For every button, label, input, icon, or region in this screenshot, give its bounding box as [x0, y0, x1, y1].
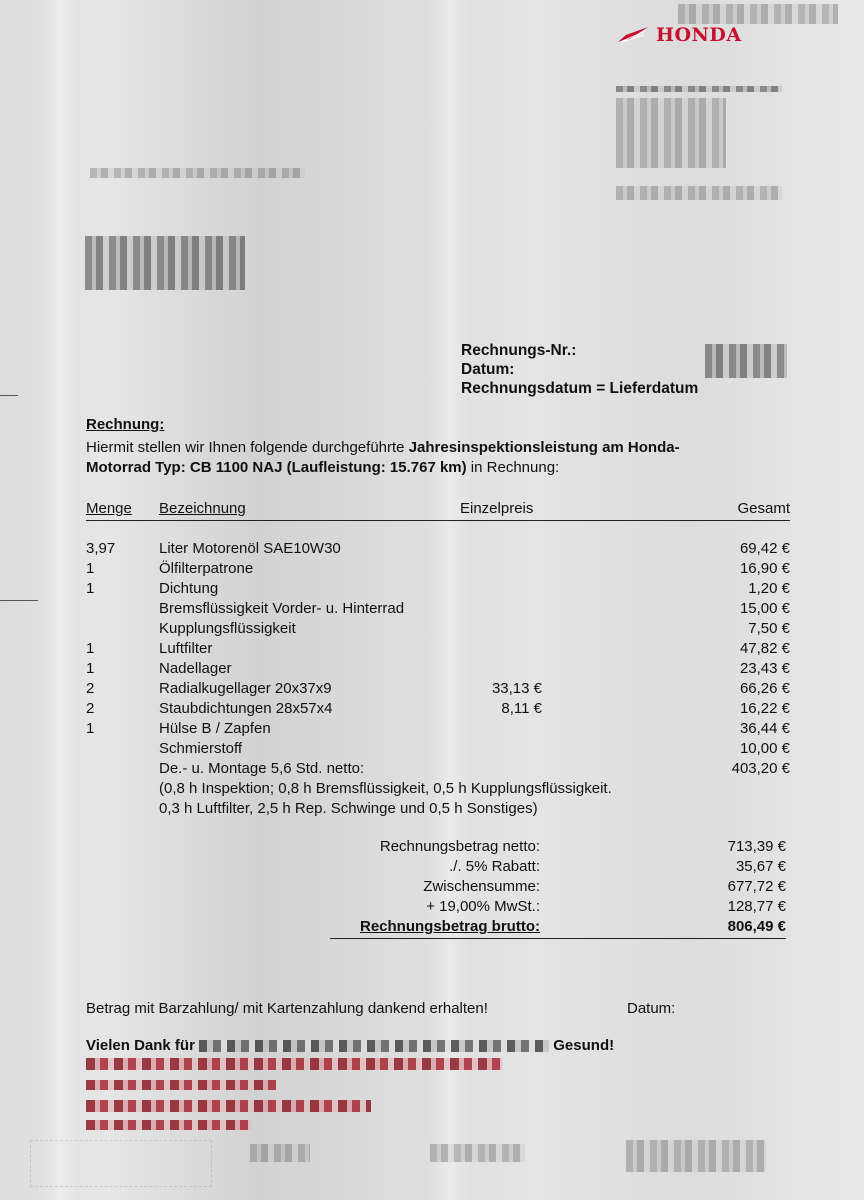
intro-service: Jahresinspektionsleistung am Honda-: [409, 439, 680, 456]
item-desc: Liter Motorenöl SAE10W30: [159, 540, 341, 557]
table-row: 3,97Liter Motorenöl SAE10W3069,42 €: [86, 540, 790, 560]
payment-date-label: Datum:: [627, 1000, 675, 1017]
summary-value: 806,49 €: [728, 918, 786, 935]
item-desc: (0,8 h Inspektion; 0,8 h Bremsflüssigkei…: [159, 780, 612, 797]
redacted-dealer-footer: [86, 1120, 251, 1130]
invoice-number-label: Rechnungs-Nr.:: [461, 341, 698, 360]
item-total: 7,50 €: [748, 620, 790, 637]
summary-row: Rechnungsbetrag netto:713,39 €: [330, 838, 786, 858]
redacted-header-number: [678, 4, 838, 24]
payment-note: Betrag mit Barzahlung/ mit Kartenzahlung…: [86, 1000, 488, 1017]
summary-label: + 19,00% MwSt.:: [426, 898, 540, 915]
item-desc: Nadellager: [159, 660, 232, 677]
intro-text: Hiermit stellen wir Ihnen folgende durch…: [86, 439, 409, 456]
column-desc: Bezeichnung: [159, 500, 246, 517]
item-total: 10,00 €: [740, 740, 790, 757]
table-row: 0,3 h Luftfilter, 2,5 h Rep. Schwinge un…: [86, 800, 790, 820]
summary-value: 128,77 €: [728, 898, 786, 915]
table-row: Bremsflüssigkeit Vorder- u. Hinterrad15,…: [86, 600, 790, 620]
invoice-title: Rechnung:: [86, 416, 164, 433]
redacted-dealer-contact: [616, 186, 782, 200]
item-total: 69,42 €: [740, 540, 790, 557]
item-total: 15,00 €: [740, 600, 790, 617]
summary-label: Rechnungsbetrag brutto:: [360, 918, 540, 935]
redacted-footer-info: [430, 1144, 525, 1162]
table-row: 1Luftfilter47,82 €: [86, 640, 790, 660]
summary-row: ./. 5% Rabatt:35,67 €: [330, 858, 786, 878]
summary-row: Rechnungsbetrag brutto:806,49 €: [330, 918, 786, 939]
intro-vehicle: Motorrad Typ: CB 1100 NAJ (Laufleistung:…: [86, 459, 467, 476]
table-row: 1Nadellager23,43 €: [86, 660, 790, 680]
item-qty: 1: [86, 640, 94, 657]
item-qty: 1: [86, 720, 94, 737]
table-row: 1Dichtung1,20 €: [86, 580, 790, 600]
intro-text: in Rechnung:: [467, 459, 560, 476]
thanks-text: Gesund!: [549, 1037, 614, 1054]
column-qty: Menge: [86, 500, 132, 517]
item-desc: Kupplungsflüssigkeit: [159, 620, 296, 637]
table-row: 2Staubdichtungen 28x57x48,11 €16,22 €: [86, 700, 790, 720]
invoice-intro: Hiermit stellen wir Ihnen folgende durch…: [86, 438, 806, 478]
thanks-text: Vielen Dank für: [86, 1037, 199, 1054]
redacted-footer-info: [626, 1140, 766, 1172]
column-total: Gesamt: [737, 500, 790, 517]
redacted-dealer-footer: [86, 1100, 371, 1112]
redacted-dealer-footer: [86, 1058, 502, 1070]
item-total: 23,43 €: [740, 660, 790, 677]
item-desc: De.- u. Montage 5,6 Std. netto:: [159, 760, 364, 777]
paper-fold: [40, 0, 80, 1200]
item-total: 16,22 €: [740, 700, 790, 717]
column-unit-price: Einzelpreis: [460, 500, 533, 517]
redacted-dealer-address: [616, 86, 782, 92]
item-desc: Luftfilter: [159, 640, 212, 657]
table-row: 1Ölfilterpatrone16,90 €: [86, 560, 790, 580]
table-row: De.- u. Montage 5,6 Std. netto:403,20 €: [86, 760, 790, 780]
item-total: 36,44 €: [740, 720, 790, 737]
item-total: 1,20 €: [748, 580, 790, 597]
item-desc: Dichtung: [159, 580, 218, 597]
item-qty: 3,97: [86, 540, 115, 557]
item-total: 66,26 €: [740, 680, 790, 697]
table-header: Menge Bezeichnung Einzelpreis Gesamt: [86, 500, 790, 521]
table-row: 2Radialkugellager 20x37x933,13 €66,26 €: [86, 680, 790, 700]
table-row: Kupplungsflüssigkeit7,50 €: [86, 620, 790, 640]
item-qty: 1: [86, 660, 94, 677]
item-qty: 2: [86, 680, 94, 697]
redacted-dealer-address: [616, 98, 726, 168]
honda-wing-icon: [616, 26, 650, 44]
item-desc: Ölfilterpatrone: [159, 560, 253, 577]
summary-value: 677,72 €: [728, 878, 786, 895]
item-unit-price: 33,13 €: [492, 680, 542, 697]
item-desc: Hülse B / Zapfen: [159, 720, 271, 737]
item-total: 16,90 €: [740, 560, 790, 577]
item-qty: 1: [86, 580, 94, 597]
summary-label: Zwischensumme:: [423, 878, 540, 895]
item-desc: 0,3 h Luftfilter, 2,5 h Rep. Schwinge un…: [159, 800, 538, 817]
summary-value: 713,39 €: [728, 838, 786, 855]
fold-mark: [0, 600, 38, 601]
summary-row: Zwischensumme:677,72 €: [330, 878, 786, 898]
summary-row: + 19,00% MwSt.:128,77 €: [330, 898, 786, 918]
invoice-date-note: Rechnungsdatum = Lieferdatum: [461, 379, 698, 398]
item-desc: Bremsflüssigkeit Vorder- u. Hinterrad: [159, 600, 404, 617]
item-qty: 2: [86, 700, 94, 717]
thanks-line: Vielen Dank für Gesund!: [86, 1037, 614, 1054]
redacted-invoice-number-date: [705, 344, 787, 378]
item-total: 403,20 €: [732, 760, 790, 777]
redacted-recipient-address: [85, 236, 245, 290]
brand-name: HONDA: [656, 24, 742, 46]
redacted-sender-line: [90, 168, 305, 178]
table-row: 1Hülse B / Zapfen36,44 €: [86, 720, 790, 740]
honda-logo: HONDA: [616, 24, 742, 46]
summary-label: Rechnungsbetrag netto:: [380, 838, 540, 855]
item-desc: Schmierstoff: [159, 740, 242, 757]
summary-value: 35,67 €: [736, 858, 786, 875]
invoice-date-label: Datum:: [461, 360, 698, 379]
table-row: (0,8 h Inspektion; 0,8 h Bremsflüssigkei…: [86, 780, 790, 800]
redacted-dealer-footer: [86, 1080, 276, 1090]
item-qty: 1: [86, 560, 94, 577]
fold-mark: [0, 395, 18, 396]
summary-label: ./. 5% Rabatt:: [449, 858, 540, 875]
redacted-thanks: [199, 1040, 549, 1052]
item-desc: Staubdichtungen 28x57x4: [159, 700, 332, 717]
item-total: 47,82 €: [740, 640, 790, 657]
table-row: Schmierstoff10,00 €: [86, 740, 790, 760]
redacted-footer-info: [250, 1144, 310, 1162]
item-desc: Radialkugellager 20x37x9: [159, 680, 332, 697]
item-unit-price: 8,11 €: [501, 700, 542, 717]
invoice-meta: Rechnungs-Nr.: Datum: Rechnungsdatum = L…: [461, 341, 698, 398]
motorcycle-sketch-image: [30, 1140, 212, 1187]
